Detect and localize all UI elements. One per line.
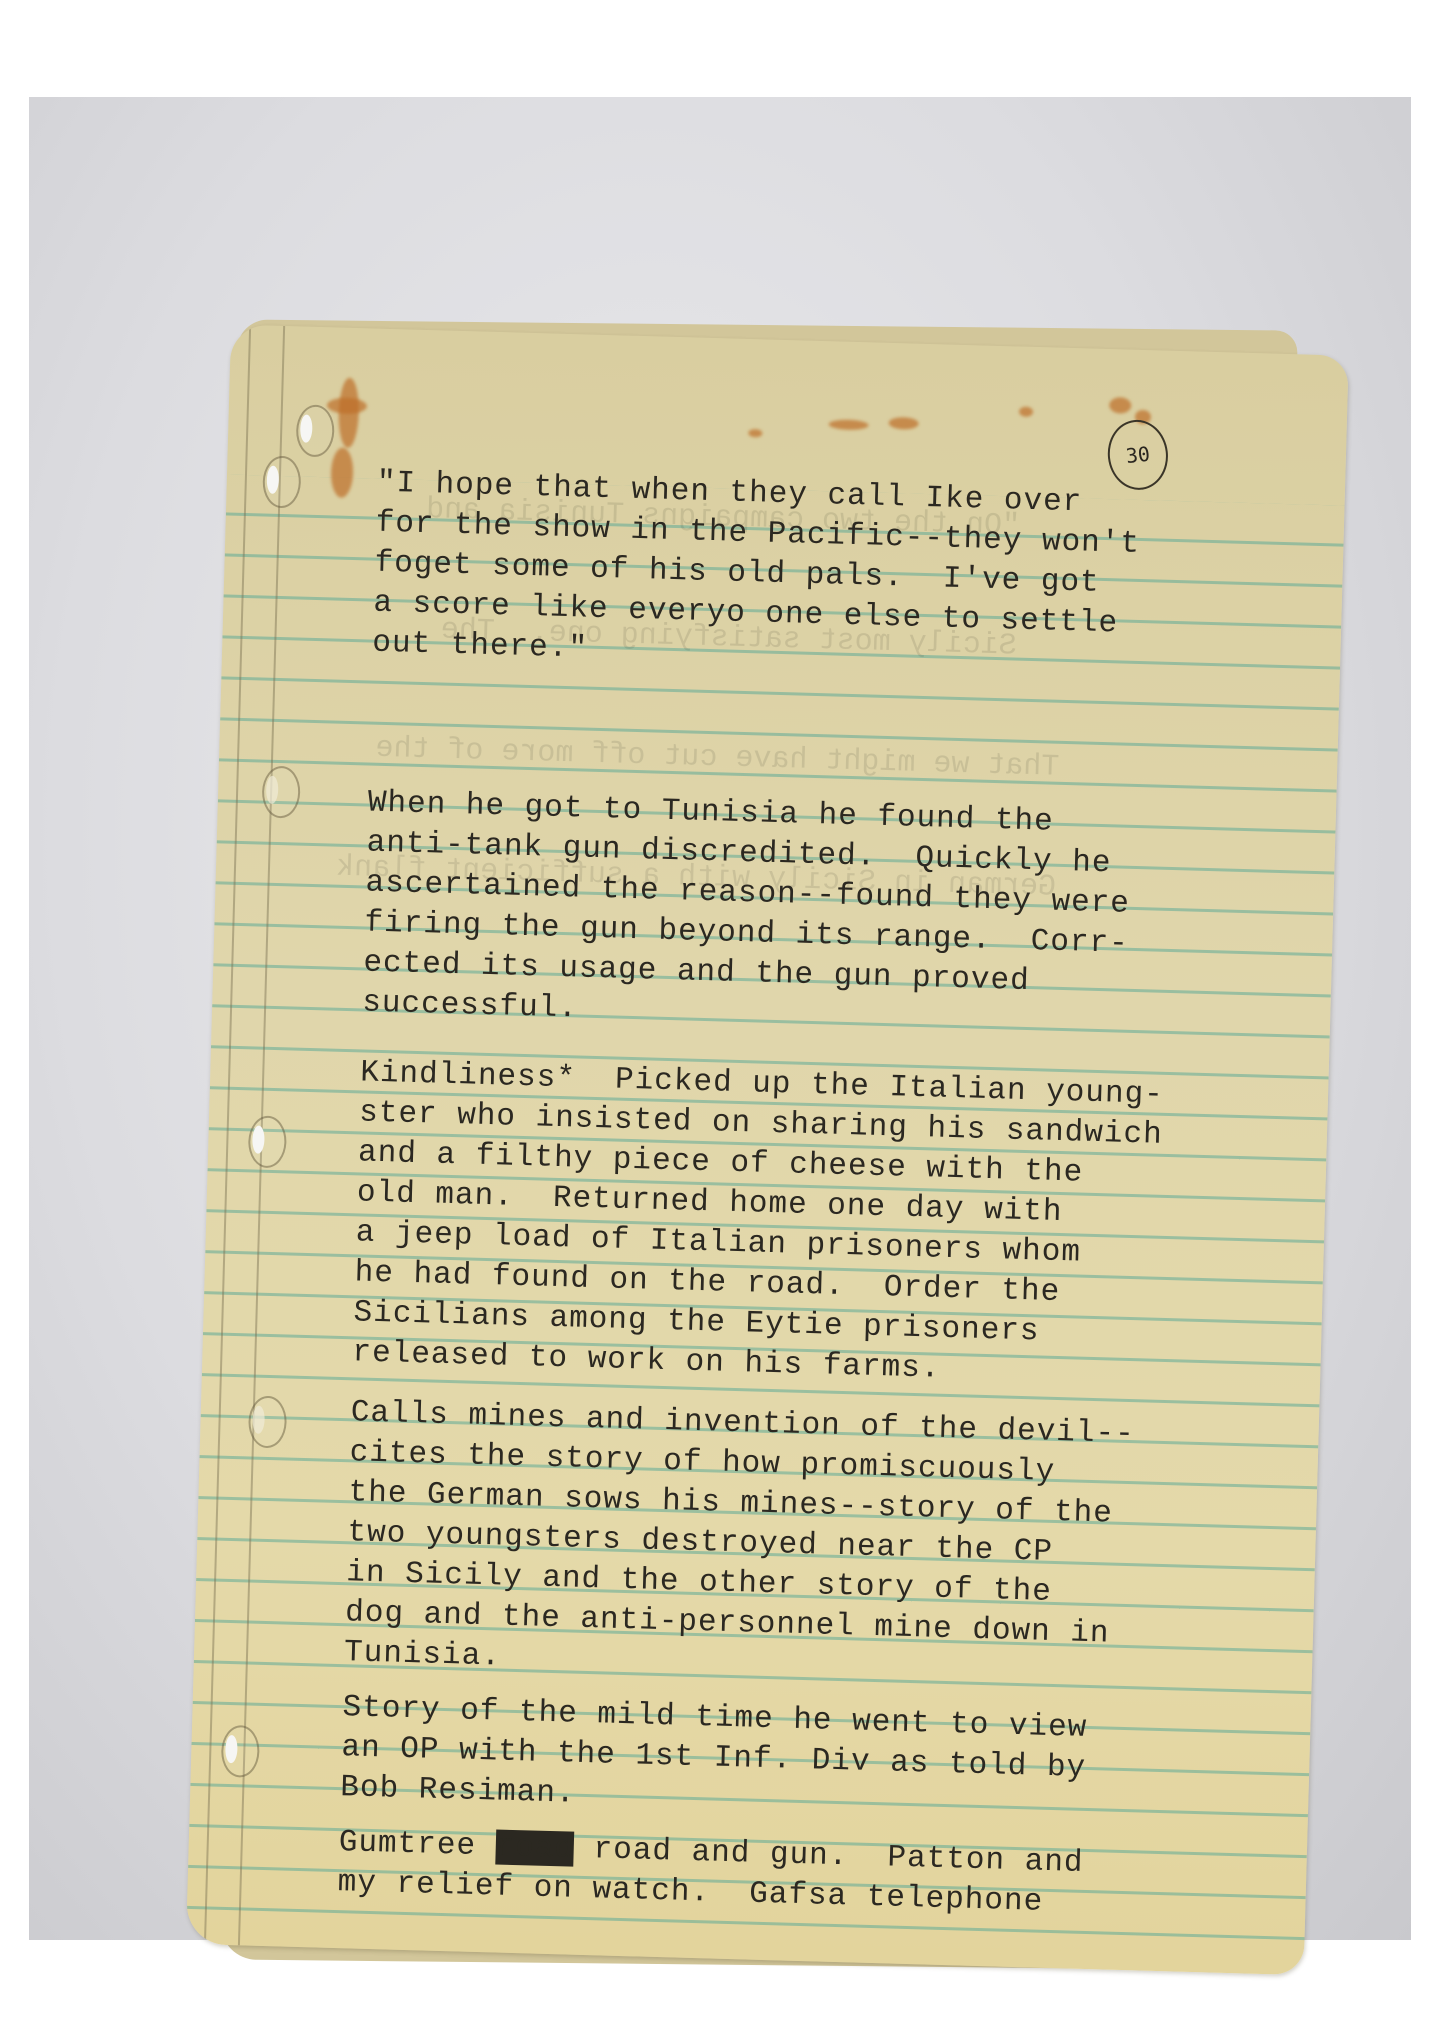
paragraph-kindliness: Kindliness* Picked up the Italian young-… — [352, 1053, 1301, 1399]
punch-hole-icon — [296, 404, 335, 457]
struck-out-word: road — [495, 1829, 574, 1866]
typed-page: 30 "On the two campaigns Tunisia and Sic… — [186, 325, 1349, 1976]
page-number: 30 — [1104, 417, 1171, 493]
paragraph-mines: Calls mines and invention of the devil--… — [344, 1393, 1291, 1699]
paragraph-tunisia: When he got to Tunisia he found the anti… — [362, 784, 1308, 1050]
paragraph-quote: "I hope that when they call Ike over for… — [372, 464, 1317, 690]
document-photo: 30 "On the two campaigns Tunisia and Sic… — [29, 97, 1411, 1940]
